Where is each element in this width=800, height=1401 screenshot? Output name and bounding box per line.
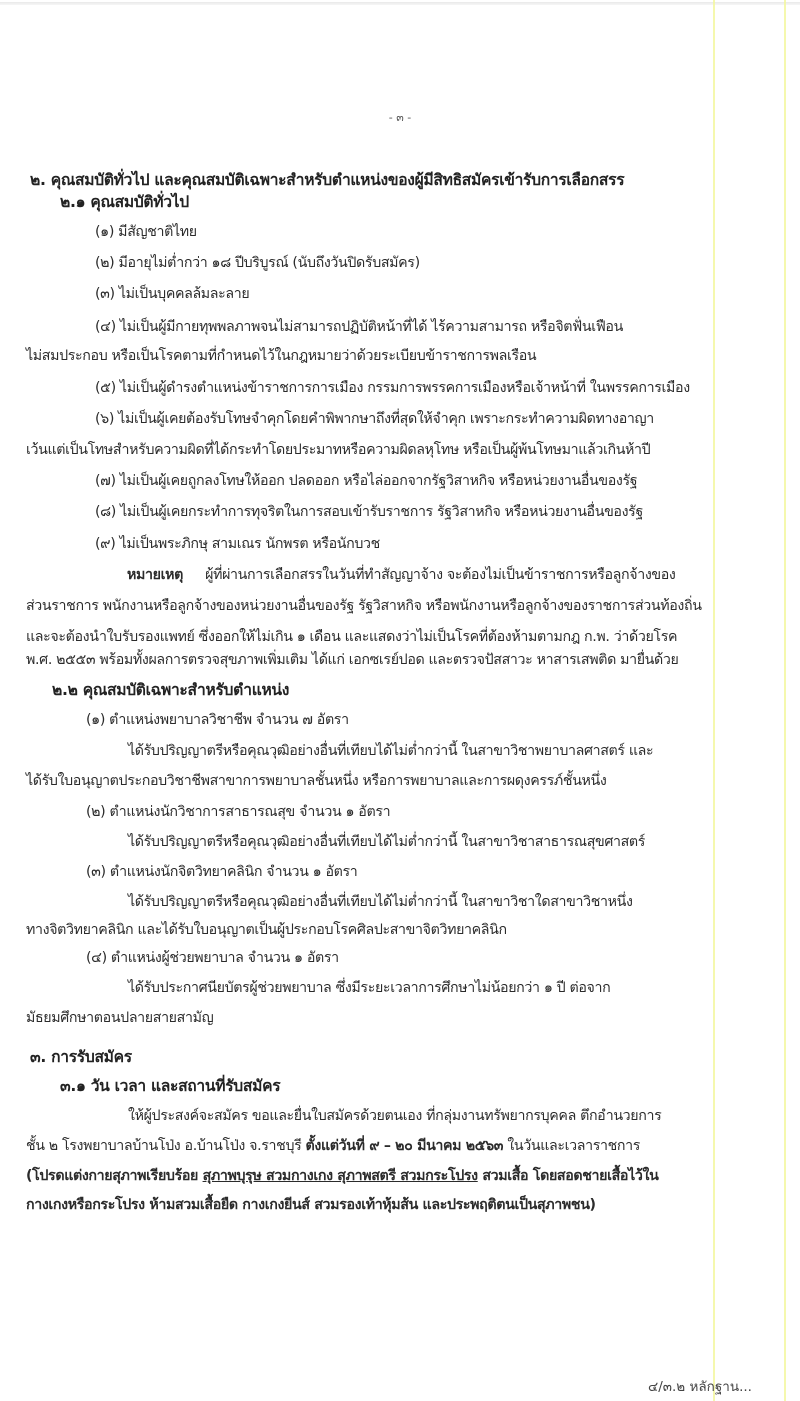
note-line: และจะต้องนำใบรับรองแพทย์ ซึ่งออกให้ไม่เก… <box>26 627 677 647</box>
section-2-1-heading: ๒.๑ คุณสมบัติทั่วไป <box>60 192 189 212</box>
position-requirement: ได้รับประกาศนียบัตรผู้ช่วยพยาบาล ซึ่งมีร… <box>128 978 610 998</box>
application-hours: ในวันและเวลาราชการ <box>503 1138 640 1154</box>
note-line: พ.ศ. ๒๕๕๓ พร้อมทั้งผลการตรวจสุขภาพเพิ่มเ… <box>26 650 678 670</box>
qualification-item: (๓) ไม่เป็นบุคคลล้มละลาย <box>95 284 249 304</box>
qualification-item-continued: ไม่สมประกอบ หรือเป็นโรคตามที่กำหนดไว้ในก… <box>26 346 536 366</box>
dress-code-line: (โปรดแต่งกายสุภาพเรียบร้อย สุภาพบุรุษ สว… <box>26 1166 658 1186</box>
dress-code-text: (โปรดแต่งกายสุภาพเรียบร้อย <box>26 1168 203 1184</box>
highlight-guide-line-right <box>784 0 786 1401</box>
dress-code-line: กางเกงหรือกระโปรง ห้ามสวมเสื้อยืด กางเกง… <box>26 1195 596 1215</box>
qualification-item: (๔) ไม่เป็นผู้มีกายทุพพลภาพจนไม่สามารถปฏ… <box>95 317 623 337</box>
qualification-item-continued: เว้นแต่เป็นโทษสำหรับความผิดที่ได้กระทำโด… <box>26 440 650 460</box>
application-location: ชั้น ๒ โรงพยาบาลบ้านโป่ง อ.บ้านโป่ง จ.รา… <box>26 1138 306 1154</box>
qualification-item: (๗) ไม่เป็นผู้เคยถูกลงโทษให้ออก ปลดออก ห… <box>95 471 637 491</box>
section-3-heading: ๓. การรับสมัคร <box>30 1047 132 1067</box>
continuation-note: ๔/๓.๒ หลักฐาน... <box>648 1375 752 1397</box>
qualification-item: (๕) ไม่เป็นผู้ดำรงตำแหน่งข้าราชการการเมื… <box>95 378 690 398</box>
position-title: (๓) ตำแหน่งนักจิตวิทยาคลินิก จำนวน ๑ อัต… <box>86 862 357 882</box>
position-title: (๒) ตำแหน่งนักวิชาการสาธารณสุข จำนวน ๑ อ… <box>86 802 390 822</box>
qualification-item: (๘) ไม่เป็นผู้เคยกระทำการทุจริตในการสอบเ… <box>95 502 643 522</box>
position-title: (๔) ตำแหน่งผู้ช่วยพยาบาล จำนวน ๑ อัตรา <box>86 948 339 968</box>
qualification-item: (๙) ไม่เป็นพระภิกษุ สามเณร นักพรต หรือนั… <box>95 534 380 554</box>
qualification-item: (๒) มีอายุไม่ต่ำกว่า ๑๘ ปีบริบูรณ์ (นับถ… <box>95 253 420 273</box>
application-date-range: ตั้งแต่วันที่ ๙ – ๒๐ มีนาคม ๒๕๖๓ <box>306 1138 504 1154</box>
position-requirement: ได้รับปริญญาตรีหรือคุณวุฒิอย่างอื่นที่เท… <box>128 892 633 912</box>
position-requirement-continued: ทางจิตวิทยาคลินิก และได้รับใบอนุญาตเป็นผ… <box>26 920 507 940</box>
dress-code-underlined: สุภาพบุรุษ สวมกางเกง สุภาพสตรี สวมกระโปร… <box>203 1168 478 1184</box>
section-3-1-heading: ๓.๑ วัน เวลา และสถานที่รับสมัคร <box>60 1076 280 1096</box>
position-title: (๑) ตำแหน่งพยาบาลวิชาชีพ จำนวน ๗ อัตรา <box>86 710 349 730</box>
note-line: หมายเหตุ ผู้ที่ผ่านการเลือกสรรในวันที่ทำ… <box>127 565 676 585</box>
note-line: ส่วนราชการ พนักงานหรือลูกจ้างของหน่วยงาน… <box>26 596 702 616</box>
highlight-guide-line-left <box>713 0 715 1401</box>
section-2-2-heading: ๒.๒ คุณสมบัติเฉพาะสำหรับตำแหน่ง <box>52 680 289 700</box>
position-requirement: ได้รับปริญญาตรีหรือคุณวุฒิอย่างอื่นที่เท… <box>128 832 645 852</box>
application-paragraph-line: ให้ผู้ประสงค์จะสมัคร ขอและยื่นใบสมัครด้ว… <box>128 1106 661 1126</box>
dress-code-text: สวมเสื้อ โดยสอดชายเสื้อไว้ใน <box>478 1168 659 1184</box>
section-2-heading: ๒. คุณสมบัติทั่วไป และคุณสมบัติเฉพาะสำหร… <box>30 170 624 190</box>
note-label: หมายเหตุ <box>127 567 183 583</box>
page-top-edge <box>0 2 800 5</box>
application-paragraph-line: ชั้น ๒ โรงพยาบาลบ้านโป่ง อ.บ้านโป่ง จ.รา… <box>26 1136 640 1156</box>
position-requirement-continued: มัธยมศึกษาตอนปลายสายสามัญ <box>26 1008 213 1028</box>
position-requirement: ได้รับปริญญาตรีหรือคุณวุฒิอย่างอื่นที่เท… <box>128 741 653 761</box>
qualification-item: (๖) ไม่เป็นผู้เคยต้องรับโทษจำคุกโดยคำพิพ… <box>95 409 654 429</box>
position-requirement-continued: ได้รับใบอนุญาตประกอบวิชาชีพสาขาการพยาบาล… <box>26 771 606 791</box>
note-text: ผู้ที่ผ่านการเลือกสรรในวันที่ทำสัญญาจ้าง… <box>205 567 675 583</box>
qualification-item: (๑) มีสัญชาติไทย <box>95 222 197 242</box>
page-number: - ๓ - <box>0 108 800 126</box>
